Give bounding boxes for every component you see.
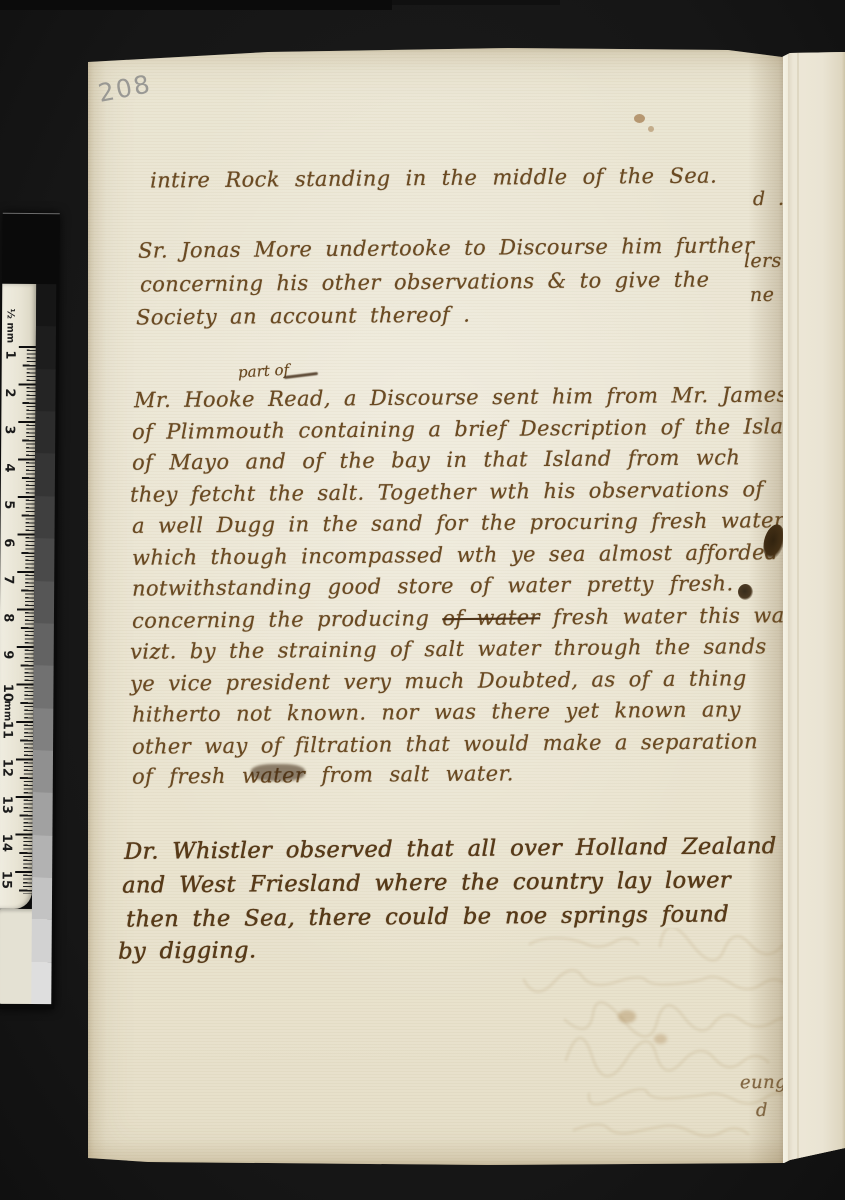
ruler-number: 3 <box>2 425 17 434</box>
manuscript-line: ye vice president very much Doubted, as … <box>130 666 747 695</box>
manuscript-line: Dr. Whistler observed that all over Holl… <box>124 833 777 865</box>
interlinear-insertion: part of <box>238 361 290 382</box>
grayscale-step <box>36 284 56 326</box>
backdrop-object-edge2 <box>0 0 392 10</box>
gutter-fold-shadow <box>748 48 784 1165</box>
manuscript-line: notwithstanding good store of water pret… <box>132 571 734 600</box>
ruler-number: 7 <box>1 575 16 584</box>
manuscript-page: 208 intire Rock standing in the middle o… <box>88 48 845 1165</box>
grayscale-step <box>35 411 55 453</box>
manuscript-line: a well Dugg in the sand for the procurin… <box>132 508 785 538</box>
ruler <box>0 284 36 909</box>
ruler-number: 1 <box>2 350 17 359</box>
stain <box>634 114 645 123</box>
ink-smear <box>251 764 305 781</box>
adjacent-page-crease <box>797 48 799 1165</box>
manuscript-line: intire Rock standing in the middle of th… <box>150 164 717 193</box>
manuscript-line: of Mayo and of the bay in that Island fr… <box>132 445 740 474</box>
manuscript-line-with-deletion: concerning the producing of water fresh … <box>132 603 797 633</box>
grayscale-step <box>33 708 53 750</box>
manuscript-line: of fresh water from salt water. <box>132 761 514 788</box>
manuscript-line: Mr. Hooke Read, a Discourse sent him fro… <box>134 382 845 412</box>
manuscript-line: of Plimmouth containing a brief Descript… <box>132 414 811 444</box>
manuscript-line: concerning his other observations & to g… <box>140 268 710 297</box>
manuscript-line: and West Friesland where the country lay… <box>122 867 731 898</box>
ruler-number: 6 <box>1 538 16 547</box>
manuscript-line: vizt. by the straining of salt water thr… <box>130 634 767 664</box>
adjacent-page-edge <box>788 48 845 1165</box>
ruler-unit-label-mm: mm <box>2 700 13 721</box>
page-number: 208 <box>96 69 154 108</box>
bleedthrough-writing <box>98 928 828 1158</box>
manuscript-line: which though incompassed wth ye sea almo… <box>132 540 779 570</box>
grayscale-step <box>32 877 52 919</box>
grayscale-step <box>35 453 55 495</box>
ruler-number: 11 <box>0 721 15 739</box>
deleted-words: of water <box>442 605 540 630</box>
ruler-number: 12 <box>0 758 14 776</box>
grayscale-strip <box>31 284 56 1004</box>
line-segment: concerning the producing <box>132 606 443 633</box>
ruler-card: ½ mm 123456789101112131415 mm <box>0 213 60 1009</box>
grayscale-step <box>32 919 52 961</box>
grayscale-step <box>35 369 55 411</box>
manuscript-line: they fetcht the salt. Together wth his o… <box>130 477 764 507</box>
grayscale-step <box>35 496 55 538</box>
grayscale-step <box>31 962 51 1004</box>
ruler-number: 15 <box>0 871 14 889</box>
ruler-number: 4 <box>1 463 16 472</box>
ruler-number: 2 <box>2 388 17 397</box>
ruler-number: 9 <box>0 650 15 659</box>
grayscale-step <box>33 665 53 707</box>
ruler-number: 10 <box>0 683 15 701</box>
grayscale-step <box>34 581 54 623</box>
grayscale-step <box>33 750 53 792</box>
ruler-number: 8 <box>0 613 15 622</box>
photo-backdrop: ½ mm 123456789101112131415 mm 208 intire… <box>0 0 845 1200</box>
grayscale-step <box>36 326 56 368</box>
ruler-unit-label: ½ mm <box>4 308 15 343</box>
manuscript-line: Society an account thereof . <box>136 303 471 330</box>
manuscript-line: hitherto not known. nor was there yet kn… <box>132 697 741 726</box>
stain <box>648 126 654 132</box>
grayscale-step <box>34 623 54 665</box>
grayscale-step <box>34 538 54 580</box>
ruler-number: 14 <box>0 833 14 851</box>
ruler-number: 5 <box>1 500 16 509</box>
manuscript-line: other way of filtration that would make … <box>132 729 758 758</box>
grayscale-step <box>32 835 52 877</box>
ruler-number: 13 <box>0 796 14 814</box>
manuscript-line: Sr. Jonas More undertooke to Discourse h… <box>138 233 755 262</box>
grayscale-step <box>32 792 52 834</box>
